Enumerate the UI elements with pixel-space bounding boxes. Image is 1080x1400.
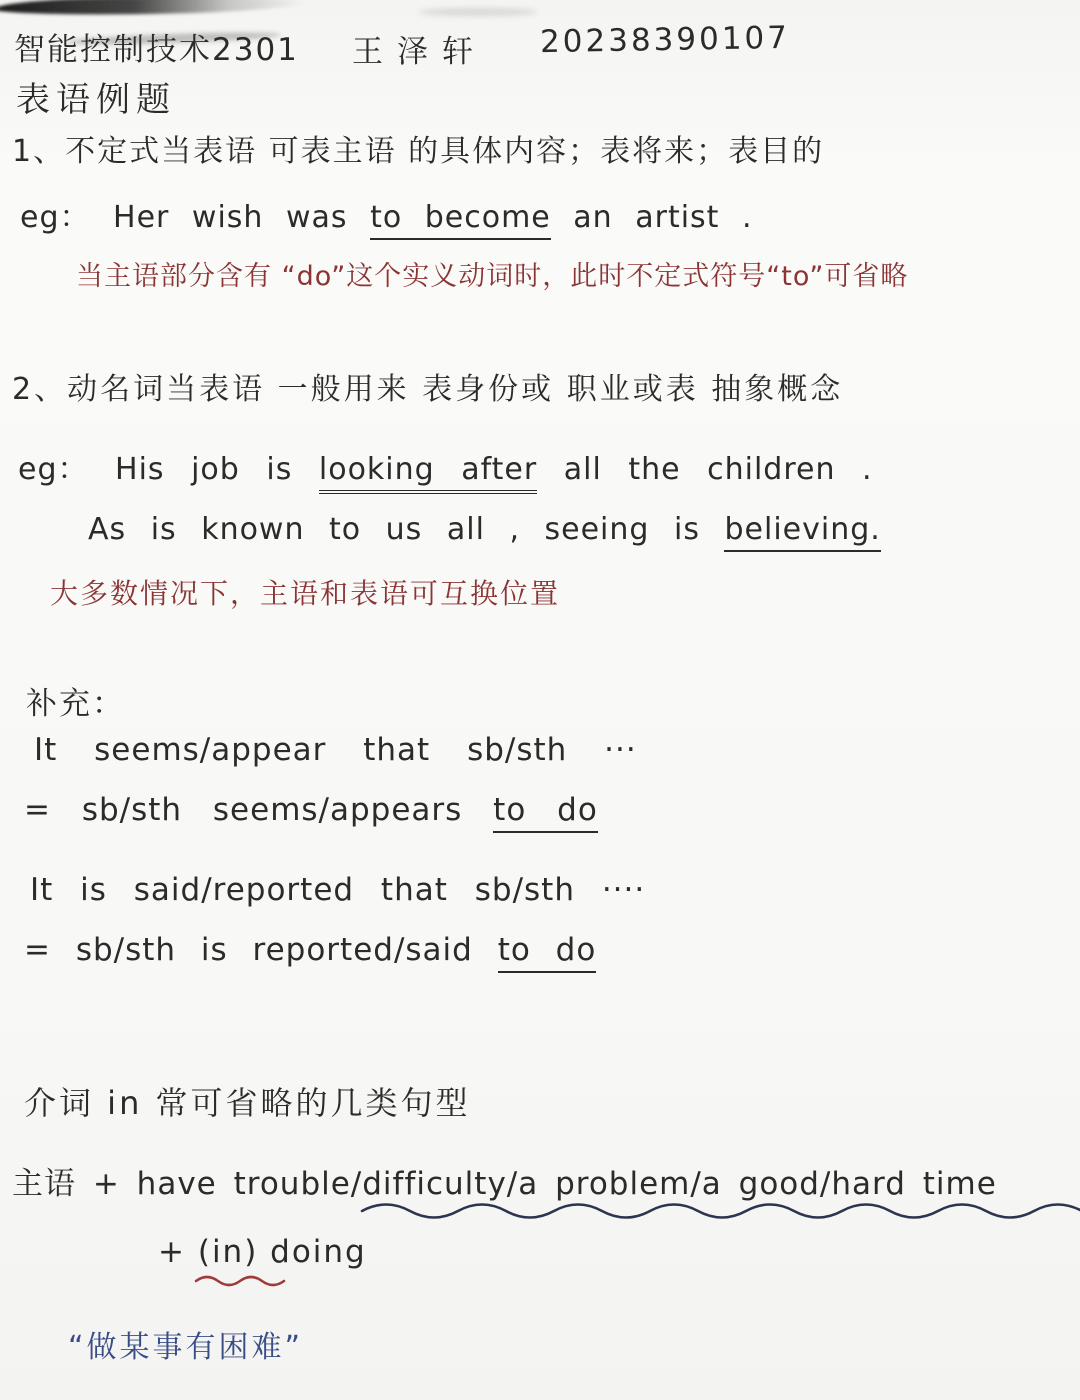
scan-smudge-right (418, 8, 538, 16)
supplement-heading: 补充： (26, 678, 125, 723)
long-wavy-underline (360, 1198, 1080, 1222)
example-1-underlined: to become (370, 200, 551, 240)
preposition-heading: 介词 in 常可省略的几类句型 (24, 1078, 471, 1124)
supplement-line-4-prefix: = sb/sth is reported/said (24, 932, 498, 968)
example-2-underlined: looking after (319, 452, 537, 494)
rule-1: 1、不定式当表语 可表主语 的具体内容；表将来；表目的 (12, 126, 824, 170)
example-sentence-2: eg： His job is looking after all the chi… (18, 444, 873, 488)
handwritten-notes-page: 智能控制技术2301 王泽轩 20238390107 表语例题 1、不定式当表语… (0, 0, 1080, 1400)
pattern-prefix: 主语 + have (12, 1166, 234, 1202)
example-sentence-3: As is known to us all , seeing is believ… (88, 512, 881, 547)
pattern-line-2-plus: + (158, 1234, 198, 1270)
page-title: 表语例题 (16, 72, 176, 121)
example-3-underlined: believing. (724, 512, 880, 552)
supplement-line-1: It seems/appear that sb/sth ··· (34, 732, 637, 768)
student-id: 20238390107 (540, 20, 791, 60)
scan-smudge-top (0, 0, 306, 16)
example-2-prefix: eg： His job is (18, 452, 319, 487)
blue-meaning-note: “做某事有困难” (68, 1322, 303, 1366)
supplement-line-4: = sb/sth is reported/said to do (24, 932, 596, 968)
supplement-line-2: = sb/sth seems/appears to do (24, 792, 598, 828)
pattern-line-1: 主语 + have trouble/difficulty/a problem/a… (12, 1158, 997, 1203)
in-optional-text: (in) (198, 1234, 258, 1270)
example-2-suffix: all the children . (537, 452, 872, 487)
example-3-prefix: As is known to us all , seeing is (88, 512, 724, 547)
supplement-line-3: It is said/reported that sb/sth ···· (30, 872, 645, 908)
student-name: 王泽轩 (352, 26, 487, 71)
supplement-line-2-prefix: = sb/sth seems/appears (24, 792, 493, 828)
rule-2: 2、动名词当表语 一般用来 表身份或 职业或表 抽象概念 (12, 364, 843, 408)
pattern-wavy-part: trouble/difficulty/a problem/a good/hard… (234, 1166, 997, 1202)
course-name: 智能控制技术2301 (14, 24, 299, 69)
example-1-suffix: an artist . (551, 200, 753, 235)
pattern-line-2-doing: doing (258, 1234, 366, 1270)
example-sentence-1: eg： Her wish was to become an artist . (20, 192, 753, 236)
red-annotation-1: 当主语部分含有 “do”这个实义动词时，此时不定式符号“to”可省略 (76, 254, 908, 293)
red-wavy-underline (194, 1272, 286, 1288)
pattern-line-2: + (in) doing (158, 1234, 367, 1270)
red-annotation-2: 大多数情况下，主语和表语可互换位置 (50, 572, 560, 612)
example-1-prefix: eg： Her wish was (20, 200, 370, 235)
supplement-line-4-underlined: to do (498, 932, 597, 973)
supplement-line-2-underlined: to do (493, 792, 598, 833)
in-optional: (in) (198, 1234, 258, 1270)
